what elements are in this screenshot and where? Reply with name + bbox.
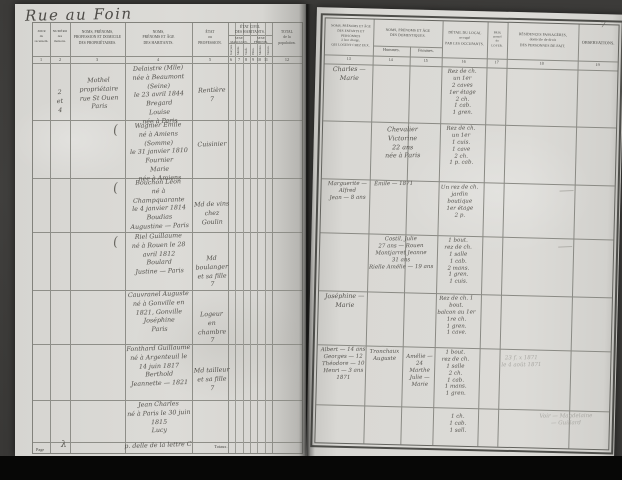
habitants-entry: Riel Guillaume né à Rouen le 28 avril 18… bbox=[125, 232, 192, 278]
local-detail-entry: Rez de ch. un 1er 2 caves 1er étage 2 ch… bbox=[439, 68, 487, 117]
header-habitants: NOMS, PRÉNOMS ET ÂGE DES HABITANTS. bbox=[125, 30, 192, 46]
numero-entry: 2 et 4 bbox=[51, 89, 70, 116]
profession-entry: Md de vins chez Goulin bbox=[194, 200, 231, 228]
col-number: 13 bbox=[344, 56, 354, 61]
habitants-entry: Bouchon Léon né à Champquarante le 4 jan… bbox=[125, 178, 193, 233]
observation-note: 23 f. x 1871 le 4 août 1871 bbox=[489, 355, 553, 369]
col-number: 19 bbox=[593, 62, 603, 67]
page-number-mark: λ bbox=[61, 440, 67, 450]
left-table: JOUR du recensem. NUMÉRO des maisons. NO… bbox=[32, 22, 303, 454]
local-detail-entry: Un rez de ch. jardin boutique 1er étage … bbox=[436, 184, 483, 219]
local-detail-entry: Rez de ch. 1 bout. balcon au 1er 1re ch.… bbox=[431, 295, 481, 337]
col-number: 3 bbox=[92, 57, 102, 62]
header-prix-loyer: PRIX annuel du LOYER. bbox=[487, 30, 507, 47]
right-table: NOMS, PRÉNOMS ET ÂGE DES ENFANTS ET PERS… bbox=[314, 17, 619, 450]
binding-fold bbox=[299, 4, 315, 456]
header-numero: NUMÉRO des maisons. bbox=[50, 29, 70, 43]
left-page: Rue au Foin JOUR du recensem. NUMÉRO des… bbox=[15, 4, 306, 456]
header-etat-civil: ÉTAT CIVIL DES HABITANTS. bbox=[228, 25, 272, 36]
habitants-entry: Wagnier Émile né à Amiens (Somme) le 31 … bbox=[125, 121, 193, 185]
local-detail-entry: 1 ch. 1 cab. 1 sall. bbox=[441, 414, 475, 435]
page-label: Page bbox=[36, 447, 44, 452]
col-number: 5 bbox=[205, 57, 215, 62]
col-number: 12 bbox=[282, 57, 292, 62]
header-jour: JOUR du recensem. bbox=[33, 29, 50, 43]
profession-entry: Md boulanger et sa fille 7 bbox=[193, 254, 230, 290]
col-number: 4 bbox=[153, 57, 163, 62]
header-femmes: Femmes. bbox=[410, 47, 442, 54]
footer-note: p. delle de la lettre C bbox=[118, 441, 198, 453]
header-proprietaires: NOMS, PRÉNOMS, PROFESSION ET DOMICILE DE… bbox=[70, 30, 125, 46]
habitants-entry: Fonthard Guillaume né à Argenteuil le 14… bbox=[125, 344, 192, 390]
hommes-entry: Émile — 1871 bbox=[370, 181, 418, 188]
header-detail-local: DÉTAIL DU LOCAL occupé PAR LES OCCUPANTS… bbox=[442, 30, 487, 47]
col-number: 18 bbox=[537, 61, 547, 66]
header-filles: Filles. bbox=[251, 43, 258, 55]
brace-mark: ( bbox=[112, 123, 119, 138]
brace-mark: ( bbox=[112, 181, 119, 196]
enfants-entry: Joséphine — Marie bbox=[321, 293, 369, 311]
habitants-entry: Delaistre (Mlle) née à Beaumont (Seine) … bbox=[125, 64, 193, 128]
profession-entry: Md tailleur et sa fille 7 bbox=[194, 366, 231, 394]
col-number: 17 bbox=[492, 59, 502, 64]
header-hommes: Hommes. bbox=[373, 47, 410, 54]
col-number: 2 bbox=[55, 57, 65, 62]
col-number: 15 bbox=[421, 58, 431, 63]
header-maries: Mariés. bbox=[236, 43, 243, 55]
profession-entry: Cuisinier bbox=[196, 140, 228, 150]
brace-mark: ( bbox=[112, 235, 119, 250]
header-garcons: Garçons. bbox=[229, 43, 236, 55]
bottom-scan-band bbox=[0, 456, 622, 480]
header-observations: OBSERVATIONS. bbox=[578, 40, 618, 47]
observation-note: Voir — Magdelaine — Guillard bbox=[538, 413, 594, 427]
col-number: 11 bbox=[261, 57, 271, 62]
header-residences: RÉSIDENCES PASSAGÈRES, domicile de droit… bbox=[507, 32, 578, 50]
col-number: 14 bbox=[386, 57, 396, 62]
col-number: 16 bbox=[459, 59, 469, 64]
profession-entry: Logeur en chambre 7 bbox=[193, 310, 230, 346]
hommes-entry: Tronchaux Auguste bbox=[365, 349, 403, 363]
local-detail-entry: 1 bout. rez de ch. 1 salle 1 cab. 2 mans… bbox=[435, 237, 483, 286]
domestiques-entry: Costil, Julie 27 ans — Rouen Montjarret … bbox=[368, 236, 434, 271]
header-total: TOTAL de la population. bbox=[272, 30, 302, 46]
pencil-mark bbox=[558, 246, 572, 248]
header-mariees: Mariées. bbox=[258, 43, 265, 55]
pencil-mark bbox=[560, 190, 574, 192]
scanned-register-spread: Rue au Foin JOUR du recensem. NUMÉRO des… bbox=[0, 0, 622, 480]
header-profession: ÉTAT ou PROFESSION. bbox=[192, 30, 228, 46]
header-enfants: NOMS, PRÉNOMS ET ÂGE DES ENFANTS ET PERS… bbox=[328, 23, 374, 48]
habitants-entry: Jean Charles né à Paris le 30 juin 1815 … bbox=[125, 400, 192, 438]
enfants-entry: Albert — 14 ans Georges — 12 Théodore — … bbox=[318, 347, 368, 382]
col-number: 1 bbox=[36, 57, 46, 62]
header-veufs: Veufs. bbox=[244, 43, 251, 55]
habitants-entry: Cauvranel Auguste né à Gonville en 1821,… bbox=[125, 290, 192, 336]
enfants-entry: Charles — Marie bbox=[326, 66, 372, 84]
enfants-entry: Marguerite — Alfred Jean — 8 ans bbox=[322, 181, 372, 202]
profession-entry: Rentière 7 bbox=[196, 86, 229, 105]
header-domestiques: NOMS, PRÉNOMS ET ÂGE DES DOMESTIQUES. bbox=[373, 28, 442, 40]
proprietaire-entry: Mothel propriétaire rue St Ouen Paris bbox=[71, 76, 126, 113]
local-detail-entry: 1 bout. rez de ch. 1 salle 2 ch. 1 cab. … bbox=[432, 349, 480, 398]
totaux-label: Totaux. bbox=[201, 444, 241, 450]
right-page: 7 NOMS, PRÉNOMS ET ÂGE DES ENFANTS ET PE… bbox=[306, 7, 622, 463]
domestiques-entry: Chevalier Victorine 22 ans née à Paris bbox=[372, 126, 432, 162]
local-detail-entry: Rez de ch. un 1er 1 cuis. 1 cave 2 ch. 1… bbox=[437, 125, 484, 167]
